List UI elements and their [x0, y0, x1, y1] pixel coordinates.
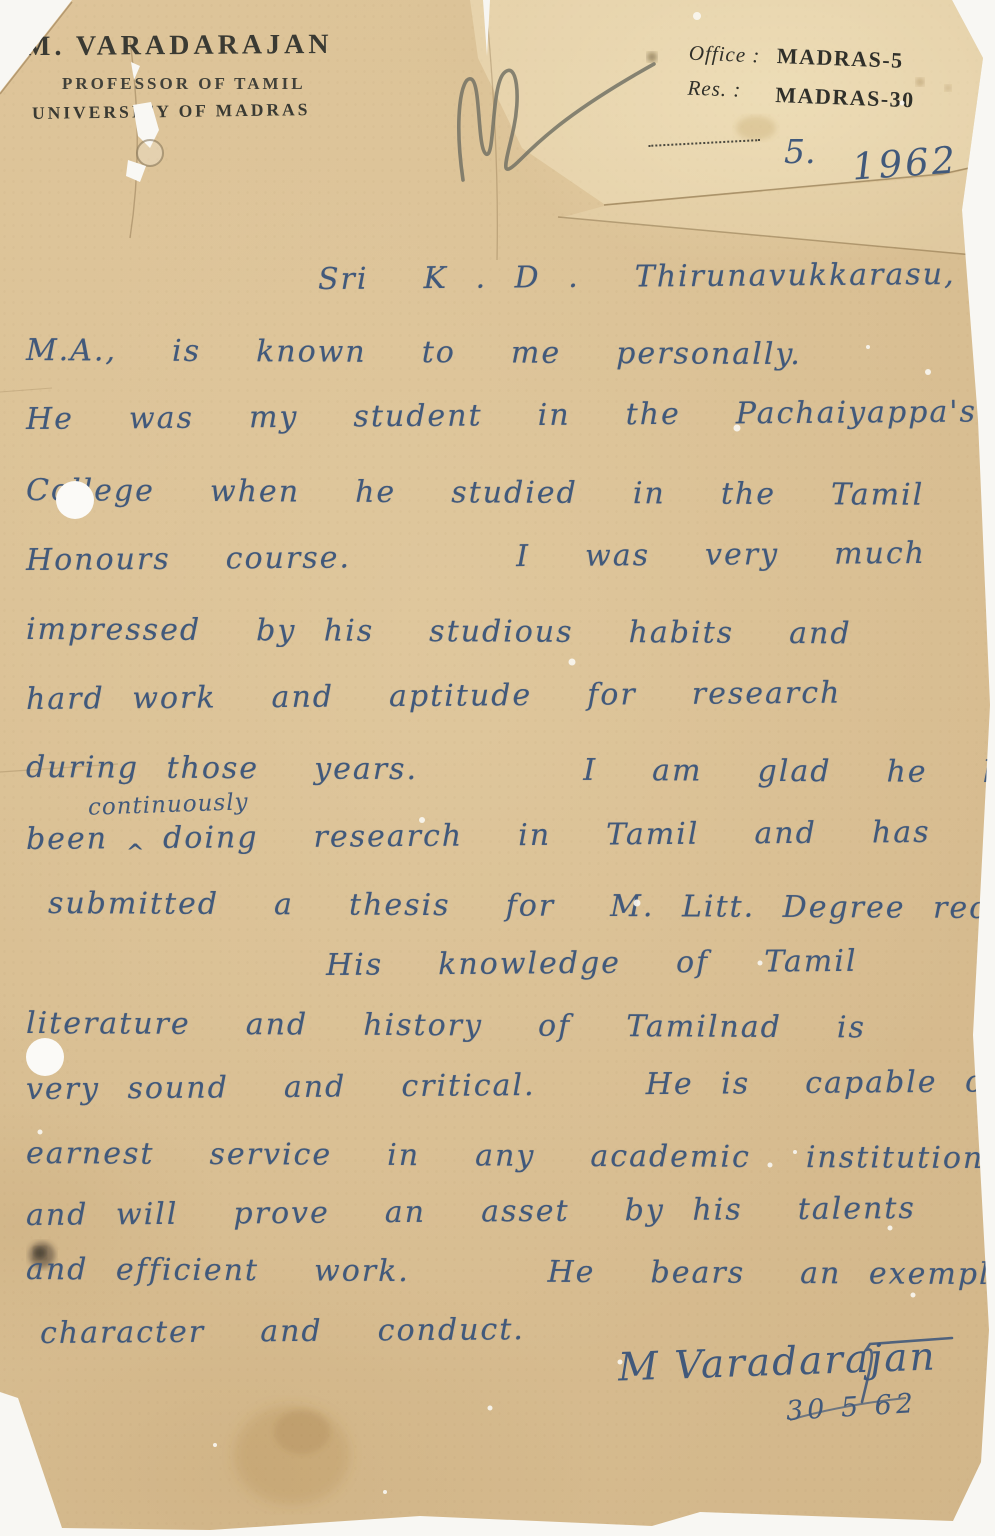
date-dotted-line	[648, 129, 760, 147]
scanner-background: M. VARADARAJAN PROFESSOR OF TAMIL UNIVER…	[0, 0, 995, 1536]
center-tear-crease	[486, 4, 497, 260]
letter-line: M.A., is known to me personally.	[26, 333, 802, 372]
letter-line: He was my student in the Pachaiyappa's	[26, 395, 977, 437]
letter-line: earnest service in any academic institut…	[26, 1136, 995, 1176]
stain-bottom	[234, 1405, 350, 1505]
letter-paper: M. VARADARAJAN PROFESSOR OF TAMIL UNIVER…	[0, 0, 995, 1536]
left-fold-mark-2	[0, 388, 52, 392]
letter-line: been doing research in Tamil and has	[26, 815, 931, 857]
letter-line: and efficient work. He bears an exemplar…	[26, 1252, 995, 1292]
letterhead-title: PROFESSOR OF TAMIL	[62, 74, 306, 94]
tear-crease-topleft	[130, 40, 137, 238]
letter-line: Sri K . D . Thirunavukkarasu,	[318, 257, 956, 297]
tear-slit	[483, 0, 490, 56]
stain-bottom-core	[274, 1410, 330, 1454]
letter-line: and will prove an asset by his talents	[26, 1191, 916, 1233]
letter-line: character and conduct.	[40, 1312, 525, 1351]
contact-block: Office : MADRAS-5 Res. : MADRAS-30	[687, 40, 917, 119]
letter-line: His knowledge of Tamil	[326, 944, 858, 983]
office-value: MADRAS-5	[776, 43, 904, 74]
letter-line: College when he studied in the Tamil	[26, 473, 924, 513]
fold-edge-line	[558, 217, 995, 257]
residence-value: MADRAS-30	[775, 82, 915, 113]
letter-line: submitted a thesis for M. Litt. Degree r…	[48, 886, 995, 926]
letter-line: literature and history of Tamilnad is	[26, 1006, 866, 1045]
brown-spot-1	[916, 78, 924, 86]
residence-row: Res. : MADRAS-30	[687, 75, 915, 110]
letterhead-institution: UNIVERSITY OF MADRAS	[32, 99, 311, 124]
inserted-word: continuously	[88, 789, 249, 821]
office-label: Office :	[688, 41, 777, 69]
letter-line: Honours course. I was very much	[26, 536, 926, 578]
ink-dot	[647, 52, 657, 62]
signature-date: 30 5 62	[785, 1388, 918, 1427]
residence-label: Res. :	[687, 76, 776, 104]
tear-hole-flap	[126, 160, 146, 182]
letter-line: impressed by his studious habits and	[26, 612, 852, 651]
handwritten-date-year: 1962	[851, 138, 960, 188]
letter-line: very sound and critical. He is capable o…	[26, 1064, 995, 1107]
office-row: Office : MADRAS-5	[688, 40, 916, 75]
brown-spot-2	[945, 85, 951, 91]
letterhead-name: M. VARADARAJAN	[24, 29, 333, 63]
tear-ring	[137, 140, 163, 166]
handwritten-date-day: 5.	[784, 132, 816, 171]
punch-hole-2	[26, 1038, 64, 1076]
letter-line: during those years. I am glad he had	[26, 750, 995, 790]
letter-line: hard work and aptitude for research	[26, 676, 842, 717]
insertion-caret: ^	[126, 840, 144, 866]
signature-name: M Varadarajan	[617, 1334, 937, 1390]
pencil-scribble	[459, 64, 654, 180]
